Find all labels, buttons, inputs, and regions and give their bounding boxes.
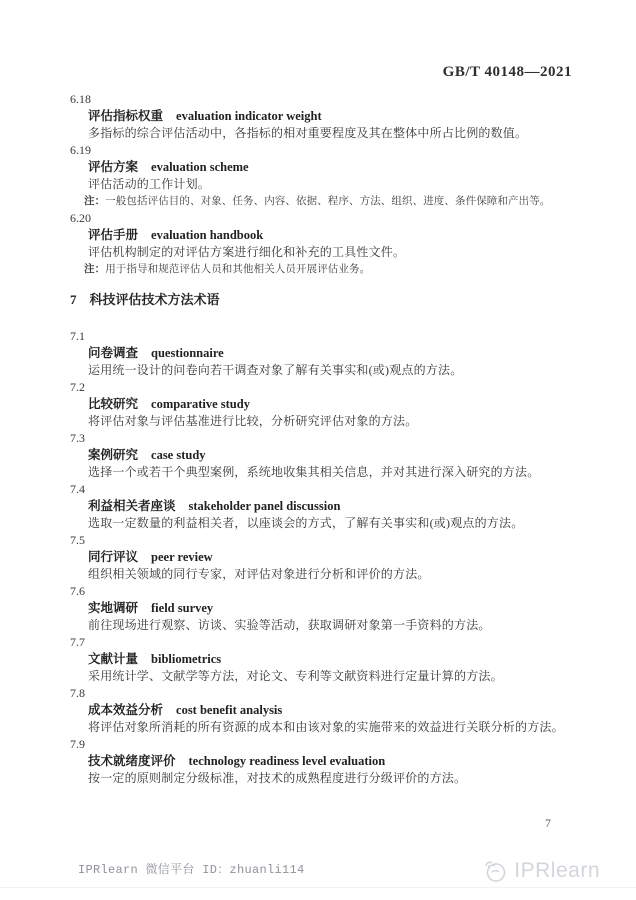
term-en: evaluation indicator weight	[176, 109, 322, 123]
term-entry-7-7: 7.7 文献计量bibliometrics 采用统计学、文献学等方法，对论文、专…	[70, 634, 580, 685]
term-line: 实地调研field survey	[70, 600, 580, 617]
chapter-title: 科技评估技术方法术语	[90, 292, 220, 307]
term-definition: 采用统计学、文献学等方法，对论文、专利等文献资料进行定量计算的方法。	[70, 668, 580, 685]
term-entry-6-20: 6.20 评估手册evaluation handbook 评估机构制定的对评估方…	[70, 210, 580, 278]
term-zh: 问卷调查	[88, 346, 138, 360]
term-entry-7-3: 7.3 案例研究case study 选择一个或若干个典型案例，系统地收集其相关…	[70, 430, 580, 481]
term-zh: 同行评议	[88, 550, 138, 564]
term-entry-6-19: 6.19 评估方案evaluation scheme 评估活动的工作计划。 注：…	[70, 142, 580, 210]
term-definition: 运用统一设计的问卷向若干调查对象了解有关事实和(或)观点的方法。	[70, 362, 580, 379]
term-line: 评估指标权重evaluation indicator weight	[70, 108, 580, 125]
document-content: 6.18 评估指标权重evaluation indicator weight 多…	[70, 91, 580, 787]
term-entry-7-2: 7.2 比较研究comparative study 将评估对象与评估基准进行比较…	[70, 379, 580, 430]
wechat-platform-id-text: IPRlearn 微信平台 ID：zhuanli114	[78, 860, 305, 877]
term-line: 文献计量bibliometrics	[70, 651, 580, 668]
term-zh: 实地调研	[88, 601, 138, 615]
note-label: 注：	[84, 264, 105, 275]
standard-code-header: GB/T 40148—2021	[443, 64, 572, 81]
term-number: 7.2	[70, 379, 580, 396]
term-number: 6.20	[70, 210, 580, 227]
term-line: 评估方案evaluation scheme	[70, 159, 580, 176]
page-number: 7	[545, 816, 551, 831]
term-number: 7.6	[70, 583, 580, 600]
term-entry-7-1: 7.1 问卷调查questionnaire 运用统一设计的问卷向若干调查对象了解…	[70, 328, 580, 379]
term-entry-7-5: 7.5 同行评议peer review 组织相关领域的同行专家，对评估对象进行分…	[70, 532, 580, 583]
document-page: GB/T 40148—2021 6.18 评估指标权重evaluation in…	[0, 0, 636, 900]
term-definition: 将评估对象与评估基准进行比较，分析研究评估对象的方法。	[70, 413, 580, 430]
term-zh: 评估方案	[88, 160, 138, 174]
term-entry-7-6: 7.6 实地调研field survey 前往现场进行观察、访谈、实验等活动，获…	[70, 583, 580, 634]
term-number: 7.9	[70, 736, 580, 753]
term-definition: 组织相关领域的同行专家，对评估对象进行分析和评价的方法。	[70, 566, 580, 583]
chapter-number: 7	[70, 292, 77, 307]
term-definition: 多指标的综合评估活动中，各指标的相对重要程度及其在整体中所占比例的数值。	[70, 125, 580, 142]
term-zh: 比较研究	[88, 397, 138, 411]
term-en: comparative study	[151, 397, 250, 411]
term-en: technology readiness level evaluation	[189, 754, 386, 768]
term-definition: 评估活动的工作计划。	[70, 176, 580, 193]
term-number: 6.19	[70, 142, 580, 159]
term-note: 注：一般包括评估目的、对象、任务、内容、依据、程序、方法、组织、进度、条件保障和…	[70, 193, 580, 210]
term-line: 同行评议peer review	[70, 549, 580, 566]
term-number: 7.1	[70, 328, 580, 345]
term-number: 7.4	[70, 481, 580, 498]
note-label: 注：	[84, 196, 105, 207]
term-definition: 前往现场进行观察、访谈、实验等活动，获取调研对象第一手资料的方法。	[70, 617, 580, 634]
term-zh: 利益相关者座谈	[88, 499, 176, 513]
note-text: 一般包括评估目的、对象、任务、内容、依据、程序、方法、组织、进度、条件保障和产出…	[105, 196, 550, 207]
term-en: cost benefit analysis	[176, 703, 282, 717]
iprlearn-logo-text: IPRlearn	[514, 859, 600, 883]
term-definition: 按一定的原则制定分级标准，对技术的成熟程度进行分级评价的方法。	[70, 770, 580, 787]
term-entry-6-18: 6.18 评估指标权重evaluation indicator weight 多…	[70, 91, 580, 142]
term-en: case study	[151, 448, 206, 462]
term-number: 7.8	[70, 685, 580, 702]
term-line: 评估手册evaluation handbook	[70, 227, 580, 244]
term-en: peer review	[151, 550, 213, 564]
term-line: 比较研究comparative study	[70, 396, 580, 413]
term-number: 7.5	[70, 532, 580, 549]
term-number: 7.3	[70, 430, 580, 447]
term-zh: 评估指标权重	[88, 109, 163, 123]
term-line: 技术就绪度评价technology readiness level evalua…	[70, 753, 580, 770]
chapter-heading: 7科技评估技术方法术语	[70, 291, 580, 308]
term-zh: 成本效益分析	[88, 703, 163, 717]
term-number: 7.7	[70, 634, 580, 651]
term-entry-7-8: 7.8 成本效益分析cost benefit analysis 将评估对象所消耗…	[70, 685, 580, 736]
term-zh: 案例研究	[88, 448, 138, 462]
term-zh: 技术就绪度评价	[88, 754, 176, 768]
term-line: 利益相关者座谈stakeholder panel discussion	[70, 498, 580, 515]
term-en: stakeholder panel discussion	[189, 499, 341, 513]
term-line: 案例研究case study	[70, 447, 580, 464]
term-zh: 文献计量	[88, 652, 138, 666]
footer-divider	[0, 887, 636, 888]
term-entry-7-4: 7.4 利益相关者座谈stakeholder panel discussion …	[70, 481, 580, 532]
term-definition: 选择一个或若干个典型案例，系统地收集其相关信息，并对其进行深入研究的方法。	[70, 464, 580, 481]
term-en: questionnaire	[151, 346, 224, 360]
term-en: field survey	[151, 601, 213, 615]
term-en: bibliometrics	[151, 652, 221, 666]
term-note: 注：用于指导和规范评估人员和其他相关人员开展评估业务。	[70, 261, 580, 278]
term-definition: 评估机构制定的对评估方案进行细化和补充的工具性文件。	[70, 244, 580, 261]
term-zh: 评估手册	[88, 228, 138, 242]
iprlearn-watermark-logo: IPRlearn	[481, 857, 600, 885]
term-en: evaluation handbook	[151, 228, 263, 242]
term-definition: 将评估对象所消耗的所有资源的成本和由该对象的实施带来的效益进行关联分析的方法。	[70, 719, 580, 736]
term-line: 成本效益分析cost benefit analysis	[70, 702, 580, 719]
term-line: 问卷调查questionnaire	[70, 345, 580, 362]
note-text: 用于指导和规范评估人员和其他相关人员开展评估业务。	[105, 264, 370, 275]
iprlearn-mascot-icon	[481, 857, 509, 885]
term-definition: 选取一定数量的利益相关者，以座谈会的方式，了解有关事实和(或)观点的方法。	[70, 515, 580, 532]
term-entry-7-9: 7.9 技术就绪度评价technology readiness level ev…	[70, 736, 580, 787]
term-en: evaluation scheme	[151, 160, 249, 174]
term-number: 6.18	[70, 91, 580, 108]
